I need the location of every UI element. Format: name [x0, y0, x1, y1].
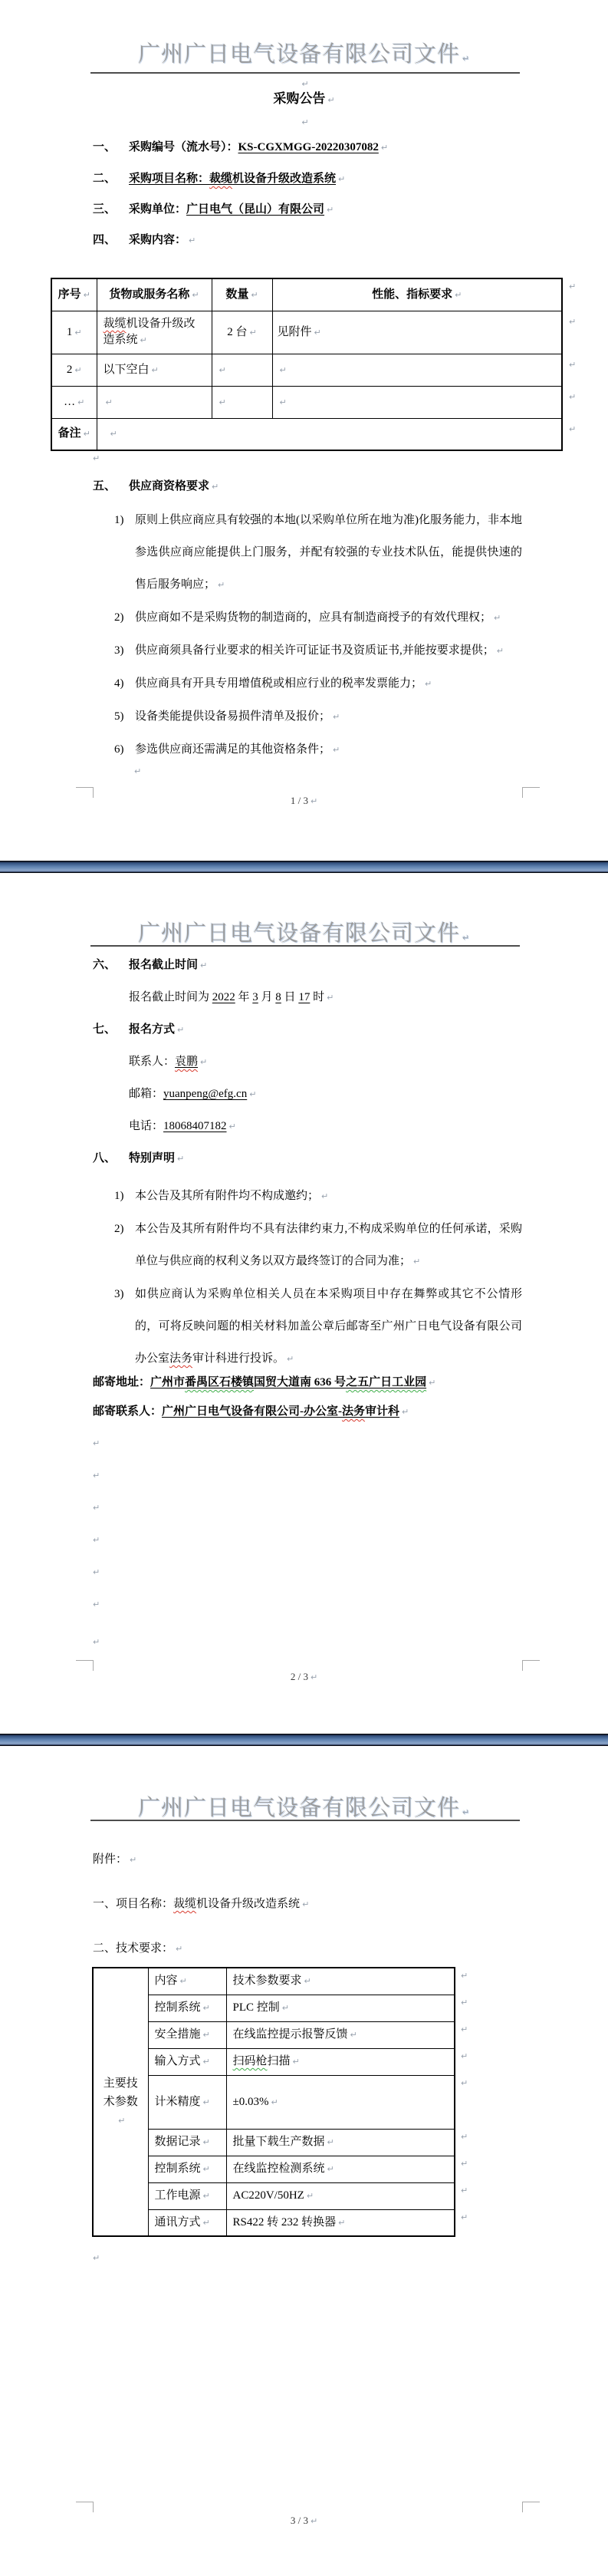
- list-item: 4)供应商具有开具专用增值税或相应行业的税率发票能力；: [114, 667, 522, 700]
- param-value-cell: 技术参数要求: [226, 1968, 455, 1995]
- list-item: 3)如供应商认为采购单位相关人员在本采购项目中存在舞弊或其它不公情形的，可将反映…: [114, 1278, 522, 1375]
- param-value-cell: 扫码枪扫描: [226, 2048, 455, 2075]
- table-row: 1 裁缆机设备升级改造系统 2 台 见附件: [51, 311, 562, 354]
- paragraph-mark: [198, 959, 207, 971]
- paragraph-mark: [495, 644, 504, 657]
- procurement-table: 序号 货物或服务名称 数量 性能、指标要求 1 裁缆机设备升级改造系统 2 台 …: [51, 278, 563, 451]
- paragraph-mark: [268, 2096, 278, 2108]
- spellcheck-red: 法务: [169, 1352, 192, 1365]
- paragraph-mark: [567, 359, 576, 371]
- paragraph-mark: [127, 1853, 136, 1866]
- company-header: 广州广日电气设备有限公司文件: [0, 1790, 608, 1822]
- header-rule: [90, 945, 520, 947]
- cell-no: 1: [51, 311, 97, 354]
- item-content: 四、采购内容：: [93, 231, 196, 250]
- cell-qty: 2 台: [212, 311, 272, 354]
- paragraph-mark: [458, 2212, 468, 2223]
- page-title-text: 采购公告: [273, 91, 325, 106]
- cell-no: 2: [51, 354, 97, 386]
- mail-address-value: 广州市番禺区石楼镇国贸大道南 636 号之五广日工业园: [150, 1376, 426, 1388]
- paragraph-mark: [201, 2096, 210, 2108]
- paragraph-mark: [567, 423, 576, 435]
- paragraph-mark: [452, 288, 462, 301]
- merged-label-cell: 主要技术参数: [93, 1968, 148, 2236]
- paragraph-mark: [150, 364, 159, 376]
- page-footer: 1 / 3: [0, 795, 608, 807]
- param-label-cell: 计米精度: [148, 2075, 226, 2129]
- list-item: 2)本公告及其所有附件均不具有法律约束力,不构成采购单位的任何承诺，采购单位与供…: [114, 1213, 522, 1278]
- paragraph-mark: [201, 2189, 210, 2202]
- paragraph-mark: [426, 1376, 435, 1388]
- page-footer: 2 / 3: [0, 1671, 608, 1683]
- spellcheck-red: 裁缆: [173, 1898, 196, 1910]
- param-label-cell: 内容: [148, 1968, 226, 1995]
- page-separator: [0, 1734, 608, 1746]
- cell-req: [272, 386, 562, 418]
- paragraph-mark: [302, 1975, 311, 1987]
- cell-req: [272, 354, 562, 386]
- paragraph-mark: [104, 396, 113, 408]
- item-number: 三、: [93, 200, 129, 219]
- paragraph-mark: [458, 1997, 468, 2008]
- statement-list: 1)本公告及其所有附件均不构成邀约； 2)本公告及其所有附件均不具有法律约束力,…: [114, 1180, 522, 1375]
- paragraph-mark: [72, 326, 81, 338]
- paragraph-mark: [248, 288, 258, 301]
- page-number: 1 / 3: [291, 795, 308, 806]
- mail-address-line: 邮寄地址：广州市番禺区石楼镇国贸大道南 636 号之五广日工业园: [93, 1373, 435, 1392]
- company-header-text: 广州广日电气设备有限公司文件: [138, 921, 460, 946]
- paragraph-mark: [284, 1352, 294, 1365]
- paragraph-mark: [458, 2051, 468, 2062]
- text-boundary-mark-left: [76, 2502, 94, 2512]
- param-label-cell: 数据记录: [148, 2129, 226, 2156]
- paragraph-mark: [491, 611, 501, 624]
- item-number: 四、: [93, 231, 129, 249]
- phone-value: 18068407182: [163, 1120, 227, 1132]
- paragraph-mark: [201, 2001, 210, 2014]
- table-header-row: 序号 货物或服务名称 数量 性能、指标要求: [51, 278, 562, 311]
- purchaser-value: 广日电气（昆山）有限公司: [186, 203, 324, 216]
- page-separator: [0, 861, 608, 873]
- attachment-project-name: 一、项目名称：裁缆机设备升级改造系统: [93, 1895, 309, 1914]
- paragraph-mark: [348, 2028, 357, 2041]
- paragraph-mark: [198, 1056, 207, 1068]
- list-item: 5)设备类能提供设备易损件清单及报价；: [114, 700, 522, 733]
- paragraph-mark: [209, 480, 219, 492]
- section-number: 八、: [93, 1149, 129, 1168]
- header-rule: [90, 72, 520, 74]
- paragraph-mark: [201, 2136, 210, 2148]
- page-number: 3 / 3: [291, 2515, 308, 2526]
- spellcheck-red: 裁缆: [104, 318, 127, 330]
- text-boundary-mark-right: [522, 1660, 540, 1671]
- grammarcheck-green: 之五广日工业园: [346, 1376, 426, 1388]
- paragraph-mark: [460, 1796, 470, 1820]
- item-procurement-number: 一、采购编号（流水号）：KS-CGXMGG-20220307082: [93, 138, 388, 157]
- paragraph-mark: [458, 2158, 468, 2169]
- cell-req: 见附件: [272, 311, 562, 354]
- paragraph-mark: [278, 396, 287, 408]
- paragraph-mark: [308, 795, 317, 806]
- section-number: 五、: [93, 477, 129, 496]
- email-value: yuanpeng@efg.cn: [163, 1088, 247, 1100]
- paragraph-mark: [201, 2028, 210, 2041]
- col-header-req: 性能、指标要求: [272, 278, 562, 311]
- attachment-label: 附件：: [93, 1853, 127, 1866]
- email-line: 邮箱：yuanpeng@efg.cn: [129, 1085, 256, 1104]
- contact-name: 袁鹏: [175, 1056, 198, 1068]
- paragraph-mark: [72, 364, 81, 376]
- paragraph-mark: [325, 91, 334, 106]
- attachment-tech-requirements: 二、技术要求：: [93, 1939, 182, 1958]
- param-value-cell: 在线监控检测系统: [226, 2156, 455, 2182]
- paragraph-mark: [116, 2114, 125, 2126]
- param-value-cell: 在线监控提示报警反馈: [226, 2021, 455, 2048]
- param-label-cell: 控制系统: [148, 1995, 226, 2021]
- mail-address-label: 邮寄地址：: [93, 1376, 150, 1388]
- paragraph-mark: [458, 2131, 468, 2143]
- section-number: 六、: [93, 956, 129, 974]
- paragraph-mark: [248, 326, 257, 338]
- paragraph-mark: [201, 2055, 210, 2067]
- page-title: 采购公告: [0, 87, 608, 107]
- paragraph-mark: [460, 921, 470, 946]
- paragraph-mark: [330, 743, 340, 756]
- param-label-cell: 安全措施: [148, 2021, 226, 2048]
- list-item: 6)参选供应商还需满足的其他资格条件；: [114, 733, 522, 766]
- mail-contact-value: 广州广日电气设备有限公司-办公室-法务审计科: [162, 1405, 399, 1418]
- param-value-cell: RS422 转 232 转换器: [226, 2209, 455, 2236]
- deadline-day: 8: [275, 991, 281, 1003]
- remark-value-cell: [97, 418, 562, 450]
- paragraph-mark: [336, 2216, 345, 2228]
- paragraph-mark: [215, 578, 225, 591]
- company-header: 广州广日电气设备有限公司文件: [0, 37, 608, 68]
- section-supplier-qualification: 五、供应商资格要求: [93, 477, 219, 496]
- paragraph-mark: [132, 766, 141, 777]
- paragraph-mark: [280, 2001, 289, 2014]
- paragraph-mark: [308, 1671, 317, 1682]
- list-item: 3)供应商须具备行业要求的相关许可证证书及资质证书,并能按要求提供；: [114, 634, 522, 667]
- section-number: 七、: [93, 1020, 129, 1039]
- col-header-qty: 数量: [212, 278, 272, 311]
- empty-paragraph: [0, 117, 608, 128]
- param-label-cell: 工作电源: [148, 2182, 226, 2209]
- col-header-name: 货物或服务名称: [97, 278, 212, 311]
- paragraph-mark: [299, 117, 308, 127]
- paragraph-mark: [90, 1636, 100, 1648]
- table-row: 2 以下空白: [51, 354, 562, 386]
- item-label: 采购单位：: [129, 203, 186, 216]
- param-label-cell: 控制系统: [148, 2156, 226, 2182]
- paragraph-mark: [567, 316, 576, 328]
- paragraph-mark: [108, 427, 117, 440]
- paragraph-mark: [75, 396, 84, 408]
- text-boundary-mark-left: [76, 1660, 94, 1671]
- param-value-cell: AC220V/50HZ: [226, 2182, 455, 2209]
- procurement-number-value: KS-CGXMGG-20220307082: [238, 141, 379, 153]
- section-title: 报名截止时间: [129, 959, 198, 971]
- paragraph-mark: [217, 364, 226, 376]
- table-row: …: [51, 386, 562, 418]
- paragraph-mark: [325, 2136, 334, 2148]
- table-remark-row: 备注: [51, 418, 562, 450]
- text-boundary-mark-right: [522, 2502, 540, 2512]
- paragraph-mark: [81, 288, 90, 301]
- table-row: 主要技术参数 内容 技术参数要求: [93, 1968, 455, 1995]
- param-value-cell: 批量下载生产数据: [226, 2129, 455, 2156]
- paragraph-mark: [325, 2163, 334, 2175]
- cell-no: …: [51, 386, 97, 418]
- page-1: 广州广日电气设备有限公司文件 采购公告 一、采购编号（流水号）：KS-CGXMG…: [0, 0, 608, 861]
- paragraph-mark: [458, 2024, 468, 2035]
- attachment-label-line: 附件：: [93, 1850, 136, 1869]
- qualification-list: 1)原则上供应商应具有较强的本地(以采购单位所在地为准)化服务能力，非本地参选供…: [114, 504, 522, 766]
- paragraph-mark: [458, 1970, 468, 1981]
- paragraph-mark: [304, 2189, 314, 2202]
- page-footer: 3 / 3: [0, 2515, 608, 2527]
- paragraph-mark: [567, 391, 576, 403]
- paragraph-mark: [324, 991, 334, 1003]
- deadline-month: 3: [252, 991, 258, 1003]
- remark-label-cell: 备注: [51, 418, 97, 450]
- paragraph-mark: [379, 141, 388, 153]
- paragraph-mark: [458, 2077, 468, 2089]
- paragraph-mark: [291, 2055, 300, 2067]
- grammarcheck-green: 番禺区石楼镇: [185, 1376, 254, 1388]
- col-header-no: 序号: [51, 278, 97, 311]
- param-value-cell: PLC 控制: [226, 1995, 455, 2021]
- item-purchaser: 三、采购单位：广日电气（昆山）有限公司: [93, 200, 334, 219]
- mail-contact-line: 邮寄联系人：广州广日电气设备有限公司-办公室-法务审计科: [93, 1402, 409, 1421]
- paragraph-mark: [90, 1470, 100, 1481]
- contact-line: 联系人：袁鹏: [129, 1052, 207, 1072]
- paragraph-mark: [422, 677, 432, 690]
- mail-contact-label: 邮寄联系人：: [93, 1405, 162, 1418]
- deadline-line: 报名截止时间为 2022 年 3 月 8 日 17 时: [129, 988, 334, 1007]
- paragraph-mark: [458, 2185, 468, 2196]
- param-value-cell: ±0.03%: [226, 2075, 455, 2129]
- param-label-cell: 输入方式: [148, 2048, 226, 2075]
- paragraph-mark: [324, 203, 334, 216]
- paragraph-mark: [90, 1534, 100, 1546]
- paragraph-mark: [312, 326, 321, 338]
- cell-qty: [212, 386, 272, 418]
- list-item: 1)原则上供应商应具有较强的本地(以采购单位所在地为准)化服务能力，非本地参选供…: [114, 504, 522, 601]
- company-header-text: 广州广日电气设备有限公司文件: [138, 1796, 460, 1820]
- cell-name: [97, 386, 212, 418]
- paragraph-mark: [278, 364, 287, 376]
- paragraph-mark: [90, 1438, 100, 1449]
- company-header: 广州广日电气设备有限公司文件: [0, 916, 608, 947]
- item-number: 一、: [93, 138, 129, 156]
- section-registration: 七、报名方式: [93, 1020, 184, 1039]
- paragraph-mark: [411, 1255, 420, 1267]
- section-special-statement: 八、特别声明: [93, 1149, 184, 1168]
- section-deadline: 六、报名截止时间: [93, 956, 207, 975]
- item-number: 二、: [93, 170, 129, 188]
- paragraph-mark: [90, 1566, 100, 1578]
- page-2: 广州广日电气设备有限公司文件 六、报名截止时间 报名截止时间为 2022 年 3…: [0, 873, 608, 1734]
- paragraph-mark: [90, 2252, 100, 2264]
- section-title: 报名方式: [129, 1023, 175, 1036]
- grammarcheck-green: 扫码枪: [233, 2055, 268, 2067]
- list-item: 2)供应商如不是采购货物的制造商的，应具有制造商授予的有效代理权；: [114, 601, 522, 634]
- paragraph-mark: [175, 1023, 184, 1036]
- paragraph-mark: [90, 453, 100, 464]
- paragraph-mark: [300, 1898, 309, 1910]
- header-rule: [90, 1820, 520, 1821]
- page-3: 广州广日电气设备有限公司文件 附件： 一、项目名称：裁缆机设备升级改造系统 二、…: [0, 1746, 608, 2576]
- paragraph-mark: [460, 42, 470, 67]
- spellcheck-red: 袁鹏: [175, 1056, 198, 1068]
- item-label: 采购编号（流水号）：: [129, 141, 238, 153]
- paragraph-mark: [217, 396, 226, 408]
- page-number: 2 / 3: [291, 1671, 308, 1682]
- paragraph-mark: [189, 288, 199, 301]
- paragraph-mark: [175, 1152, 184, 1164]
- paragraph-mark: [201, 2216, 210, 2228]
- phone-line: 电话：18068407182: [129, 1117, 236, 1136]
- deadline-hour: 17: [298, 991, 310, 1003]
- paragraph-mark: [90, 1599, 100, 1610]
- item-label: 采购内容：: [129, 234, 186, 246]
- paragraph-mark: [173, 1942, 182, 1955]
- deadline-year: 2022: [212, 991, 235, 1003]
- spellcheck-red: 法务: [342, 1405, 365, 1418]
- paragraph-mark: [567, 281, 576, 292]
- paragraph-mark: [138, 334, 147, 346]
- spellcheck-red: 裁缆: [209, 173, 232, 185]
- paragraph-mark: [330, 710, 340, 723]
- section-title: 特别声明: [129, 1152, 175, 1164]
- cell-name: 裁缆机设备升级改造系统: [97, 311, 212, 354]
- paragraph-mark: [81, 427, 90, 440]
- paragraph-mark: [247, 1088, 256, 1100]
- paragraph-mark: [90, 1502, 100, 1514]
- paragraph-mark: [308, 2515, 317, 2526]
- paragraph-mark: [227, 1120, 236, 1132]
- item-project-name: 二、采购项目名称：裁缆机设备升级改造系统: [93, 170, 345, 189]
- cell-name: 以下空白: [97, 354, 212, 386]
- project-name-value: 采购项目名称：裁缆机设备升级改造系统: [129, 173, 336, 185]
- company-header-text: 广州广日电气设备有限公司文件: [138, 42, 460, 67]
- cell-qty: [212, 354, 272, 386]
- paragraph-mark: [186, 234, 196, 246]
- tech-parameters-table: 主要技术参数 内容 技术参数要求 控制系统 PLC 控制 安全措施 在线监控提示…: [92, 1967, 455, 2237]
- section-title: 供应商资格要求: [129, 480, 209, 492]
- paragraph-mark: [178, 1975, 187, 1987]
- document-canvas: { "doc": { "company_header": "广州广日电气设备有限…: [0, 0, 608, 2576]
- param-label-cell: 通讯方式: [148, 2209, 226, 2236]
- paragraph-mark: [319, 1190, 328, 1202]
- paragraph-mark: [399, 1405, 409, 1418]
- paragraph-mark: [201, 2163, 210, 2175]
- paragraph-mark: [336, 173, 345, 185]
- list-item: 1)本公告及其所有附件均不构成邀约；: [114, 1180, 522, 1213]
